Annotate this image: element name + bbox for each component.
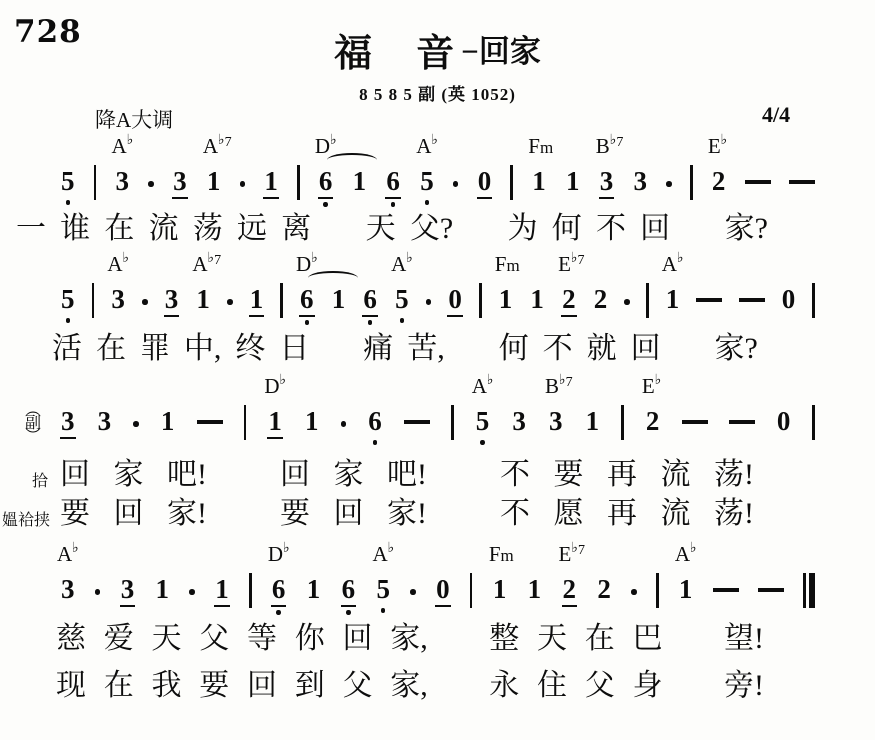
chord-label: A♭	[391, 252, 413, 275]
title-row: 福 音−回家	[0, 22, 875, 77]
lyric-syllable: 到	[295, 671, 325, 701]
note: B♭73	[548, 408, 564, 437]
note: 1	[160, 408, 176, 437]
lyric-syllable: 在	[104, 214, 134, 244]
margin-annotation-2: 媼袷挟	[2, 507, 50, 530]
note: 1	[527, 576, 543, 605]
note: 0	[435, 576, 451, 607]
chord-label: E♭	[642, 374, 661, 397]
lyric-syllable: 我	[152, 671, 182, 701]
chord-label: A♭	[472, 374, 494, 397]
chord-label: D♭	[268, 542, 290, 565]
lyric-syllable: 父	[199, 624, 229, 654]
chord-label: E♭7	[559, 542, 585, 565]
lyric-syllable: 要	[60, 499, 90, 529]
lyric-syllable: 家	[114, 460, 144, 490]
note: 6	[362, 286, 378, 325]
note: 0	[477, 168, 493, 199]
lyric-syllable: 慈	[56, 624, 86, 654]
note: A♭1	[665, 286, 681, 315]
duration-dash	[758, 588, 784, 592]
chord-label: B♭7	[596, 134, 624, 157]
lyric-syllable: 现	[56, 671, 86, 701]
barline	[92, 283, 95, 318]
note: 1	[352, 168, 368, 197]
barline	[280, 283, 283, 318]
duration-dash	[729, 420, 755, 424]
duration-dash	[696, 298, 722, 302]
note: 3	[164, 286, 180, 317]
lyric-syllable: 在	[96, 334, 126, 364]
lyric-syllable: 罪	[140, 334, 170, 364]
note: 0	[776, 408, 792, 437]
lyric-syllable: 何	[552, 214, 582, 244]
final-barline	[803, 573, 815, 608]
flat-sign: ♭	[283, 541, 290, 556]
lyric-syllable: 天	[366, 214, 396, 244]
flat-sign: ♭	[721, 133, 728, 148]
note: A♭5	[375, 576, 391, 613]
note: 3	[511, 408, 527, 437]
note: A♭71	[195, 286, 211, 315]
flat-sign: ♭	[571, 251, 578, 266]
lyric-syllable: 回	[640, 214, 670, 244]
lyric-syllable: 不	[596, 214, 626, 244]
lyric-syllable: 再	[607, 460, 637, 490]
note: 6	[367, 408, 383, 445]
duration-dash	[682, 420, 708, 424]
lyric-syllable: 就	[587, 334, 617, 364]
lyrics-verse-1-line-2: 活在罪中,终日痛苦,何不就回家?	[52, 334, 758, 364]
note: D♭6	[318, 168, 334, 207]
lyric-syllable: 要	[199, 671, 229, 701]
flat-sign: ♭	[330, 133, 337, 148]
barline	[470, 573, 473, 608]
chord-label: A♭	[662, 252, 684, 275]
flat-sign: ♭	[655, 373, 662, 388]
note: 0	[781, 286, 797, 315]
note: A♭3	[115, 168, 131, 197]
lyric-syllable: 家?	[725, 214, 768, 244]
lyric-syllable: 流	[661, 499, 691, 529]
slur-arc	[327, 153, 377, 167]
hymn-title: 福 音	[334, 33, 457, 75]
chord-label: D♭	[296, 252, 318, 275]
chord-label: E♭7	[558, 252, 584, 275]
refrain-lyrics-line-4: 现在我要回到父家,永住父身旁!	[56, 671, 764, 701]
lyric-syllable: 永	[489, 671, 519, 701]
lyric-syllable: 离	[281, 214, 311, 244]
chord-label: A♭	[107, 252, 129, 275]
sheet-page: { "page": { "background": "#fdfdfb", "in…	[0, 0, 875, 740]
augmentation-dot	[631, 589, 637, 595]
refrain-marker: ︵ 副 ︶	[22, 404, 44, 443]
slur-arc	[308, 271, 358, 285]
lyric-syllable: 要	[280, 499, 310, 529]
lyric-syllable: 家?	[715, 334, 758, 364]
lyrics-verse-1: 一谁在流荡远离天父?为何不回家?	[16, 214, 768, 244]
flat-sign: ♭	[690, 541, 697, 556]
flat-sign: ♭	[280, 373, 287, 388]
note: B♭73	[599, 168, 615, 199]
flat-sign: ♭	[487, 373, 494, 388]
flat-sign: ♭	[72, 541, 79, 556]
music-system-2: 5A♭33A♭711D♭616A♭50Fm11E♭722A♭10	[60, 286, 815, 325]
barline	[479, 283, 482, 318]
barline	[812, 405, 815, 440]
augmentation-dot	[426, 299, 432, 305]
note: E♭2	[711, 168, 727, 197]
lyric-syllable: 家,	[390, 624, 428, 654]
low-octave-dot	[425, 200, 430, 205]
lyric-syllable: 不	[543, 334, 573, 364]
note: 1	[565, 168, 581, 197]
chord-label: A♭	[57, 542, 79, 565]
chord-label: A♭	[112, 134, 134, 157]
key-signature: 降A大调	[95, 104, 173, 134]
lyric-syllable: 不	[500, 460, 530, 490]
lyric-syllable: 整	[489, 624, 519, 654]
chord-label: A♭	[372, 542, 394, 565]
chord-label: D♭	[264, 374, 286, 397]
note: E♭2	[645, 408, 661, 437]
lyric-syllable: 流	[149, 214, 179, 244]
note: A♭3	[110, 286, 126, 315]
lyric-syllable: 不	[500, 499, 530, 529]
lyric-syllable: 愿	[554, 499, 584, 529]
note: D♭1	[267, 408, 283, 439]
barline	[297, 165, 300, 200]
note: 3	[97, 408, 113, 437]
lyric-syllable: 要	[554, 460, 584, 490]
lyric-syllable: 再	[607, 499, 637, 529]
meter-line: 8 5 8 5 副 (英 1052)	[0, 80, 875, 105]
music-system-3-refrain: 331D♭116A♭53B♭731E♭20	[60, 408, 815, 445]
lyric-syllable: 家!	[167, 499, 207, 529]
augmentation-dot	[624, 299, 630, 305]
lyric-syllable: 在	[585, 624, 615, 654]
duration-dash	[197, 420, 223, 424]
lyric-syllable: 回	[114, 499, 144, 529]
low-octave-dot	[346, 610, 351, 615]
note: A♭1	[678, 576, 694, 605]
barline	[244, 405, 247, 440]
duration-dash	[713, 588, 739, 592]
note: A♭3	[60, 576, 76, 605]
lyric-syllable: 谁	[60, 214, 90, 244]
duration-dash	[404, 420, 430, 424]
low-octave-dot	[381, 608, 386, 613]
lyric-syllable: 旁!	[724, 671, 764, 701]
augmentation-dot	[341, 421, 347, 427]
hymn-subtitle: −回家	[461, 34, 541, 69]
flat-sign: ♭	[218, 133, 225, 148]
lyric-syllable: 回	[631, 334, 661, 364]
lyric-syllable: 父	[585, 671, 615, 701]
note: A♭5	[475, 408, 491, 445]
lyric-syllable: 巴	[633, 624, 663, 654]
note: 1	[263, 168, 279, 199]
augmentation-dot	[227, 299, 233, 305]
note: 3	[60, 408, 76, 439]
lyric-syllable: 家!	[387, 499, 427, 529]
low-octave-dot	[276, 610, 281, 615]
note: 1	[214, 576, 230, 607]
low-octave-dot	[400, 318, 405, 323]
duration-dash	[739, 298, 765, 302]
note: 3	[120, 576, 136, 607]
note: 1	[331, 286, 347, 315]
lyric-syllable: 痛	[363, 334, 393, 364]
note: A♭71	[206, 168, 222, 197]
lyric-syllable: 回	[334, 499, 364, 529]
lyric-syllable: 苦,	[407, 334, 445, 364]
lyric-syllable: 你	[295, 624, 325, 654]
note: A♭5	[394, 286, 410, 323]
barline	[690, 165, 693, 200]
augmentation-dot	[95, 589, 101, 595]
lyric-syllable: 荡	[193, 214, 223, 244]
refrain-lyrics-line-2: 要回家!要回家!不愿再流荡!	[60, 499, 754, 529]
note: 3	[172, 168, 188, 199]
lyric-syllable: 住	[537, 671, 567, 701]
note: 0	[447, 286, 463, 317]
lyric-syllable: 父	[343, 671, 373, 701]
note: D♭6	[299, 286, 315, 325]
chord-label: Fm	[495, 254, 520, 275]
note: 1	[249, 286, 265, 317]
lyric-syllable: 何	[499, 334, 529, 364]
lyric-syllable: 吧!	[167, 460, 207, 490]
lyric-syllable: 望!	[724, 624, 764, 654]
lyric-syllable: 爱	[104, 624, 134, 654]
chord-label: A♭	[416, 134, 438, 157]
lyric-syllable: 为	[508, 214, 538, 244]
note: E♭72	[562, 576, 578, 607]
note: 5	[60, 286, 76, 323]
margin-annotation-1: 拾	[32, 468, 48, 491]
lyric-syllable: 终	[235, 334, 265, 364]
augmentation-dot	[240, 181, 246, 187]
barline	[656, 573, 659, 608]
note: 6	[385, 168, 401, 207]
flat-sign: ♭	[406, 251, 413, 266]
note: E♭72	[561, 286, 577, 317]
lyric-syllable: 回	[343, 624, 373, 654]
chord-label: Fm	[528, 136, 553, 157]
lyric-syllable: 荡!	[714, 499, 754, 529]
note: Fm1	[498, 286, 514, 315]
chord-label: A♭7	[192, 252, 221, 275]
lyric-syllable: 荡!	[714, 460, 754, 490]
barline	[812, 283, 815, 318]
lyric-syllable: 中,	[184, 334, 222, 364]
note: 5	[60, 168, 76, 205]
lyric-syllable: 天	[152, 624, 182, 654]
chord-label: A♭7	[203, 134, 232, 157]
lyric-syllable: 流	[661, 460, 691, 490]
note: 1	[529, 286, 545, 315]
note: 1	[155, 576, 171, 605]
barline	[94, 165, 97, 200]
low-octave-dot	[480, 440, 485, 445]
augmentation-dot	[148, 181, 154, 187]
lyric-syllable: 等	[247, 624, 277, 654]
lyric-syllable: 在	[104, 671, 134, 701]
barline	[510, 165, 513, 200]
lyric-syllable: 身	[633, 671, 663, 701]
note: 1	[585, 408, 601, 437]
flat-sign: ♭	[677, 251, 684, 266]
note: 3	[633, 168, 649, 197]
flat-sign: ♭	[431, 133, 438, 148]
chord-label: E♭	[708, 134, 727, 157]
lyric-syllable: 回	[280, 460, 310, 490]
barline	[249, 573, 252, 608]
lyric-syllable: 活	[52, 334, 82, 364]
augmentation-dot	[142, 299, 148, 305]
low-octave-dot	[373, 440, 378, 445]
low-octave-dot	[66, 200, 71, 205]
augmentation-dot	[133, 421, 139, 427]
chord-label: B♭7	[545, 374, 573, 397]
music-system-1: 5A♭33A♭711D♭616A♭50Fm11B♭733E♭2	[60, 168, 815, 207]
barline	[621, 405, 624, 440]
augmentation-dot	[453, 181, 459, 187]
note: D♭6	[271, 576, 287, 615]
lyric-syllable: 远	[237, 214, 267, 244]
lyric-syllable: 家,	[390, 671, 428, 701]
note: Fm1	[531, 168, 547, 197]
chord-label: D♭	[315, 134, 337, 157]
flat-sign: ♭	[571, 541, 578, 556]
lyric-syllable: 吧!	[387, 460, 427, 490]
refrain-lyrics-line-1: 回家吧!回家吧!不要再流荡!	[60, 460, 754, 490]
low-octave-dot	[391, 202, 396, 207]
chord-label: A♭	[675, 542, 697, 565]
low-octave-dot	[368, 320, 373, 325]
lyric-syllable: 一	[16, 214, 46, 244]
augmentation-dot	[189, 589, 195, 595]
barline	[646, 283, 649, 318]
refrain-lyrics-line-3: 慈爱天父等你回家,整天在巴望!	[56, 624, 764, 654]
lyric-syllable: 日	[279, 334, 309, 364]
note: 6	[341, 576, 357, 615]
augmentation-dot	[666, 181, 672, 187]
lyric-syllable: 家	[334, 460, 364, 490]
augmentation-dot	[410, 589, 416, 595]
note: 1	[306, 576, 322, 605]
low-octave-dot	[66, 318, 71, 323]
lyric-syllable: 回	[247, 671, 277, 701]
lyric-syllable: 回	[60, 460, 90, 490]
lyric-syllable: 父?	[410, 214, 453, 244]
note: 1	[304, 408, 320, 437]
low-octave-dot	[323, 202, 328, 207]
note: A♭5	[419, 168, 435, 205]
time-signature: 4/4	[762, 102, 790, 128]
duration-dash	[745, 180, 771, 184]
lyric-syllable: 天	[537, 624, 567, 654]
note: Fm1	[492, 576, 508, 605]
flat-sign: ♭	[559, 373, 566, 388]
flat-sign: ♭	[123, 251, 130, 266]
note: 2	[593, 286, 609, 315]
music-system-4-refrain: A♭3311D♭616A♭50Fm11E♭722A♭1	[60, 576, 815, 615]
flat-sign: ♭	[388, 541, 395, 556]
barline	[451, 405, 454, 440]
flat-sign: ♭	[311, 251, 318, 266]
chord-label: Fm	[489, 544, 514, 565]
low-octave-dot	[305, 320, 310, 325]
flat-sign: ♭	[127, 133, 134, 148]
note: 2	[596, 576, 612, 605]
duration-dash	[789, 180, 815, 184]
